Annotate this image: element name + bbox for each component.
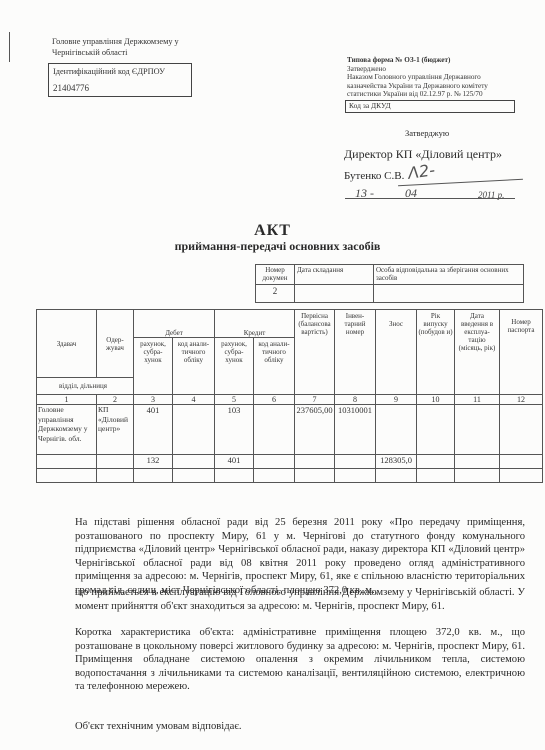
col-number: 8 [335, 395, 376, 405]
receiver-header: Одер-жувач [97, 310, 134, 378]
signature: ᐱ2- [407, 160, 436, 183]
col-number: 7 [295, 395, 335, 405]
cell-sender [37, 469, 97, 483]
cell-commission-date [455, 469, 500, 483]
edrpou-label: Ідентифікаційний код ЄДРПОУ [53, 67, 165, 76]
paragraph-acceptance: що приймається в експлуатацію від Головн… [75, 586, 525, 613]
cell-receiver [97, 455, 134, 469]
cell-commission-date [455, 405, 500, 455]
cell-inventory [335, 469, 376, 483]
table-row: 132 401 128305,0 [37, 455, 543, 469]
cell-debit-account: 401 [134, 405, 173, 455]
debit-analytic-header: код анали-тичного обліку [173, 338, 215, 395]
col-number: 4 [173, 395, 215, 405]
cell-credit-analytic [254, 469, 295, 483]
organization-name: Головне управління Держкомзему у Чернігі… [52, 36, 179, 58]
cell-inventory [335, 455, 376, 469]
form-order-line: казначейства України та Державного коміт… [347, 82, 488, 91]
doc-number-value: 2 [256, 285, 295, 303]
edrpou-box: Ідентифікаційний код ЄДРПОУ 21404776 [48, 63, 192, 97]
cell-passport [500, 469, 543, 483]
col-number: 1 [37, 395, 97, 405]
cell-credit-account [215, 469, 254, 483]
wear-header: Знос [376, 310, 417, 395]
cell-credit-analytic [254, 405, 295, 455]
doc-date-value [295, 285, 374, 303]
cell-sender: Головне управління Держкомзему у Чернігі… [37, 405, 97, 455]
commission-date-header: Дата введення в експлуа-тацію (місяць, р… [455, 310, 500, 395]
table-row [37, 469, 543, 483]
credit-analytic-header: код анали-тичного обліку [254, 338, 295, 395]
cell-year [417, 405, 455, 455]
credit-header: Кредит [215, 310, 295, 338]
debit-header: Дебет [134, 310, 215, 338]
cell-receiver [97, 469, 134, 483]
date-line [345, 198, 515, 199]
cell-commission-date [455, 455, 500, 469]
col-number: 6 [254, 395, 295, 405]
credit-account-header: рахунок, субра-хунок [215, 338, 254, 395]
cell-wear [376, 405, 417, 455]
cell-cost: 237605,00 [295, 405, 335, 455]
col-number: 11 [455, 395, 500, 405]
document-title: АКТ [0, 222, 545, 240]
cell-receiver: КП «Діловий центр» [97, 405, 134, 455]
paragraph-conformity: Об'єкт технічним умовам відповідає. [75, 720, 525, 734]
edrpou-value: 21404776 [53, 83, 89, 93]
cost-header: Первісна (балансова вартість) [295, 310, 335, 395]
cell-passport [500, 405, 543, 455]
cell-cost [295, 455, 335, 469]
cell-debit-account: 132 [134, 455, 173, 469]
cell-inventory: 10310001 [335, 405, 376, 455]
col-number: 10 [417, 395, 455, 405]
document-info-table: Номер докумен Дата складання Особа відпо… [255, 264, 524, 303]
organization-line-1: Головне управління Держкомзему у [52, 36, 179, 47]
debit-account-header: рахунок, субра-хунок [134, 338, 173, 395]
table-row: Головне управління Держкомзему у Чернігі… [37, 405, 543, 455]
sender-header: Здавач [37, 310, 97, 378]
col-number: 2 [97, 395, 134, 405]
document-subtitle: приймання-передачі основних засобів [0, 239, 545, 254]
col-number: 3 [134, 395, 173, 405]
form-order-line: Наказом Головного управління Державного [347, 73, 488, 82]
cell-wear: 128305,0 [376, 455, 417, 469]
director-position: Директор КП «Діловий центр» [344, 147, 502, 162]
approval-label: Затверджую [405, 128, 449, 138]
form-name: Типова форма № ОЗ-1 (бюджет) [347, 56, 488, 65]
doc-number-header: Номер докумен [256, 265, 295, 285]
col-number: 12 [500, 395, 543, 405]
cell-credit-account: 401 [215, 455, 254, 469]
cell-passport [500, 455, 543, 469]
cell-year [417, 455, 455, 469]
passport-header: Номер паспорта [500, 310, 543, 395]
dkud-label: Код за ДКУД [349, 101, 391, 110]
form-info: Типова форма № ОЗ-1 (бюджет) Затверджено… [347, 56, 488, 99]
cell-credit-analytic [254, 455, 295, 469]
responsible-person-value [374, 285, 524, 303]
doc-date-header: Дата складання [295, 265, 374, 285]
cell-cost [295, 469, 335, 483]
form-order-line: статистики України від 02.12.97 р. № 125… [347, 90, 488, 99]
form-approved: Затверджено [347, 65, 488, 74]
dkud-box: Код за ДКУД [345, 100, 515, 113]
cell-sender [37, 455, 97, 469]
inventory-header: Інвен-тарний номер [335, 310, 376, 395]
department-header: відділ, дільниця [37, 378, 134, 395]
cell-credit-account: 103 [215, 405, 254, 455]
col-number: 5 [215, 395, 254, 405]
cell-debit-account [134, 469, 173, 483]
cell-debit-analytic [173, 405, 215, 455]
cell-debit-analytic [173, 469, 215, 483]
organization-line-2: Чернігівській області [52, 47, 179, 58]
margin-mark [9, 32, 10, 62]
responsible-person-header: Особа відповідальна за зберігання основн… [374, 265, 524, 285]
col-number: 9 [376, 395, 417, 405]
cell-year [417, 469, 455, 483]
paragraph-characteristics: Коротка характеристика об'єкта: адмініст… [75, 626, 525, 694]
cell-wear [376, 469, 417, 483]
assets-table: Здавач Одер-жувач Дебет Кредит Первісна … [36, 309, 543, 483]
signer-name: Бутенко С.В. [344, 170, 404, 182]
year-header: Рік випуску (побудов и) [417, 310, 455, 395]
cell-debit-analytic [173, 455, 215, 469]
